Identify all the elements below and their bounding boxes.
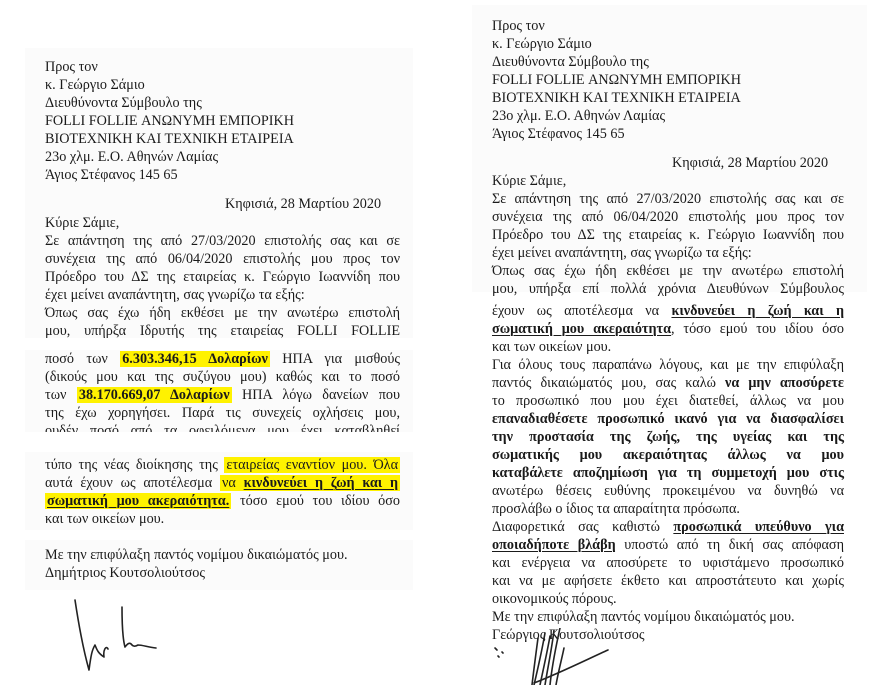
left-danger-line-4: και των οικείων μου.	[45, 510, 164, 528]
right-address-line: ΒΙΟΤΕΧΝΙΚΗ ΚΑΙ ΤΕΧΝΙΚΗ ΕΤΑΙΡΕΙΑ	[492, 89, 741, 107]
left-para-line: συνέχεια της από 06/04/2020 επιστολής μο…	[45, 250, 400, 268]
left-address-line: Άγιος Στέφανος 145 65	[45, 166, 178, 184]
left-amount-line-1: ποσό των 6.303.346,15 Δολαρίων ΗΠΑ για μ…	[45, 350, 400, 368]
right-request-line: το προσωπικό που μου έχει διατεθεί, άλλω…	[492, 392, 844, 410]
left-signature	[60, 595, 170, 680]
right-address-line: κ. Γεώργιο Σάμιο	[492, 35, 592, 53]
right-address-line: Προς τον	[492, 17, 545, 35]
highlighted-loan-amount: 38.170.669,07 Δολαρίων	[77, 387, 232, 403]
right-request-line: σωματικής μου ακεραιότητας άλλως να μου	[492, 446, 844, 464]
right-address-line: Άγιος Στέφανος 145 65	[492, 125, 625, 143]
left-address-line: FOLLI FOLLIE ΑΝΩΝΥΜΗ ΕΜΠΟΡΙΚΗ	[45, 112, 294, 130]
underlined-harm-phrase: οποιαδήποτε βλάβη	[492, 537, 616, 553]
right-request-line: την προστασία της ζωής, της υγείας και τ…	[492, 428, 844, 446]
right-salutation: Κύριε Σάμιε,	[492, 172, 566, 190]
left-danger-line-1: τύπο της νέας διοίκησης της εταιρείας εν…	[45, 456, 400, 474]
right-liability-line: Διαφορετικά σας καθιστώ προσωπικά υπεύθυ…	[492, 518, 844, 536]
right-request-line: Για όλους τους παραπάνω λόγους, και με τ…	[492, 356, 844, 374]
right-danger-line-1: έχουν ως αποτέλεσμα να κινδυνεύει η ζωή …	[492, 302, 844, 320]
left-address-line: κ. Γεώργιο Σάμιο	[45, 76, 145, 94]
right-address-line: Διευθύνοντα Σύμβουλο της	[492, 53, 649, 71]
left-address-line: 23ο χλμ. Ε.Ο. Αθηνών Λαμίας	[45, 148, 218, 166]
left-para-line: Πρόεδρο του ΔΣ της εταιρείας κ. Γεώργιο …	[45, 268, 400, 286]
left-address-line: ΒΙΟΤΕΧΝΙΚΗ ΚΑΙ ΤΕΧΝΙΚΗ ΕΤΑΙΡΕΙΑ	[45, 130, 294, 148]
left-signatory: Δημήτριος Κουτσολιούτσος	[45, 564, 205, 582]
right-request-line: προσλάβω ο ίδιος τα απαραίτητα πρόσωπα.	[492, 500, 740, 518]
left-para-line: Σε απάντηση της από 27/03/2020 επιστολής…	[45, 232, 400, 250]
left-para-line: μου, υπήρξα Ιδρυτής της εταιρείας FOLLI …	[45, 322, 400, 340]
right-liability-line-last: οικονομικούς πόρους.	[492, 590, 617, 608]
right-address-line: 23ο χλμ. Ε.Ο. Αθηνών Λαμίας	[492, 107, 665, 125]
right-para-line: Όπως σας έχω ήδη εκθέσει με την ανωτέρω …	[492, 262, 844, 280]
left-danger-line-2: αυτά έχουν ως αποτέλεσμα να κινδυνεύει η…	[45, 474, 400, 492]
right-para-line: Πρόεδρο του ΔΣ της εταιρείας κ. Γεώργιο …	[492, 226, 844, 244]
right-para-line: συνέχεια της από 06/04/2020 επιστολής μο…	[492, 208, 844, 226]
right-danger-line-3: και των οικείων μου.	[492, 338, 611, 356]
left-amount-line-5-cut: ουδέν ποσό από τα οφειλόμενα μου έχει κα…	[45, 422, 400, 432]
right-closing: Με την επιφύλαξη παντός νομίμου δικαιώμα…	[492, 608, 795, 626]
left-amount-line-4: της έχω χορηγήσει. Παρά τις συνεχείς οχλ…	[45, 404, 400, 422]
right-request-line: καταβάλετε αποζημίωση για τη συμμετοχή μ…	[492, 464, 844, 482]
left-salutation: Κύριε Σάμιε,	[45, 214, 119, 232]
right-liability-line: και να με αφήσετε έκθετο και απροστάτευτ…	[492, 572, 844, 590]
left-amount-line-2: (δικούς μου και της συζύγου μου) καθώς κ…	[45, 368, 400, 386]
underlined-integrity-phrase: σωματική μου ακεραιότητα	[492, 321, 671, 337]
right-liability-line: οποιαδήποτε βλάβη υποστώ από τη δική σας…	[492, 536, 844, 554]
right-request-line: παντός δικαιώματός μου, σας καλώ να μην …	[492, 374, 844, 392]
left-date: Κηφισιά, 28 Μαρτίου 2020	[225, 195, 381, 213]
right-request-line: επαναδιαθέσετε προσωπικό ικανό για να δι…	[492, 410, 844, 428]
underlined-liability-phrase: προσωπικά υπεύθυνο για	[673, 519, 844, 535]
left-closing: Με την επιφύλαξη παντός νομίμου δικαιώμα…	[45, 546, 348, 564]
left-amount-line-3: των 38.170.669,07 Δολαρίων ΗΠΑ λόγω δανε…	[45, 386, 400, 404]
right-letter-header-snippet: Προς τον κ. Γεώργιο Σάμιο Διευθύνοντα Σύ…	[472, 5, 867, 292]
left-address-line: Προς τον	[45, 58, 98, 76]
underlined-danger-phrase: κινδυνεύει η ζωή και η	[671, 303, 844, 319]
right-signature	[490, 628, 640, 685]
left-para-line: Όπως σας έχω ήδη εκθέσει με την ανωτέρω …	[45, 304, 400, 322]
underlined-integrity-phrase: σωματική μου ακεραιότητα.	[47, 493, 229, 509]
underlined-danger-phrase: κινδυνεύει η ζωή και η	[244, 475, 398, 491]
right-liability-line: και ενέργεια να αποσύρετε το υφιστάμενο …	[492, 554, 844, 572]
left-danger-line-3: σωματική μου ακεραιότητα. τόσο εμού του …	[45, 492, 400, 510]
left-danger-snippet: τύπο της νέας διοίκησης της εταιρείας εν…	[25, 452, 413, 530]
right-para-line: έχει μείνει αναπάντητη, σας γνωρίζω τα ε…	[492, 244, 752, 262]
left-letter-header-snippet: Προς τον κ. Γεώργιο Σάμιο Διευθύνοντα Σύ…	[25, 48, 413, 338]
right-danger-line-2: σωματική μου ακεραιότητα, τόσο εμού του …	[492, 320, 844, 338]
right-para-line: Σε απάντηση της από 27/03/2020 επιστολής…	[492, 190, 844, 208]
right-date: Κηφισιά, 28 Μαρτίου 2020	[672, 154, 828, 172]
highlighted-salary-amount: 6.303.346,15 Δολαρίων	[120, 351, 270, 367]
left-amounts-snippet: ποσό των 6.303.346,15 Δολαρίων ΗΠΑ για μ…	[25, 350, 413, 432]
right-para-line: μου, υπήρξα επί πολλά χρόνια Διευθύνων Σ…	[492, 280, 844, 298]
left-closing-snippet: Με την επιφύλαξη παντός νομίμου δικαιώμα…	[25, 540, 413, 590]
right-body-snippet: έχουν ως αποτέλεσμα να κινδυνεύει η ζωή …	[472, 300, 867, 600]
left-address-line: Διευθύνοντα Σύμβουλο της	[45, 94, 202, 112]
right-address-line: FOLLI FOLLIE ΑΝΩΝΥΜΗ ΕΜΠΟΡΙΚΗ	[492, 71, 741, 89]
right-request-line: ανωτέρω θέσεις ευθύνης προκειμένου να δυ…	[492, 482, 844, 500]
left-para-line: έχει μείνει αναπάντητη, σας γνωρίζω τα ε…	[45, 286, 305, 304]
